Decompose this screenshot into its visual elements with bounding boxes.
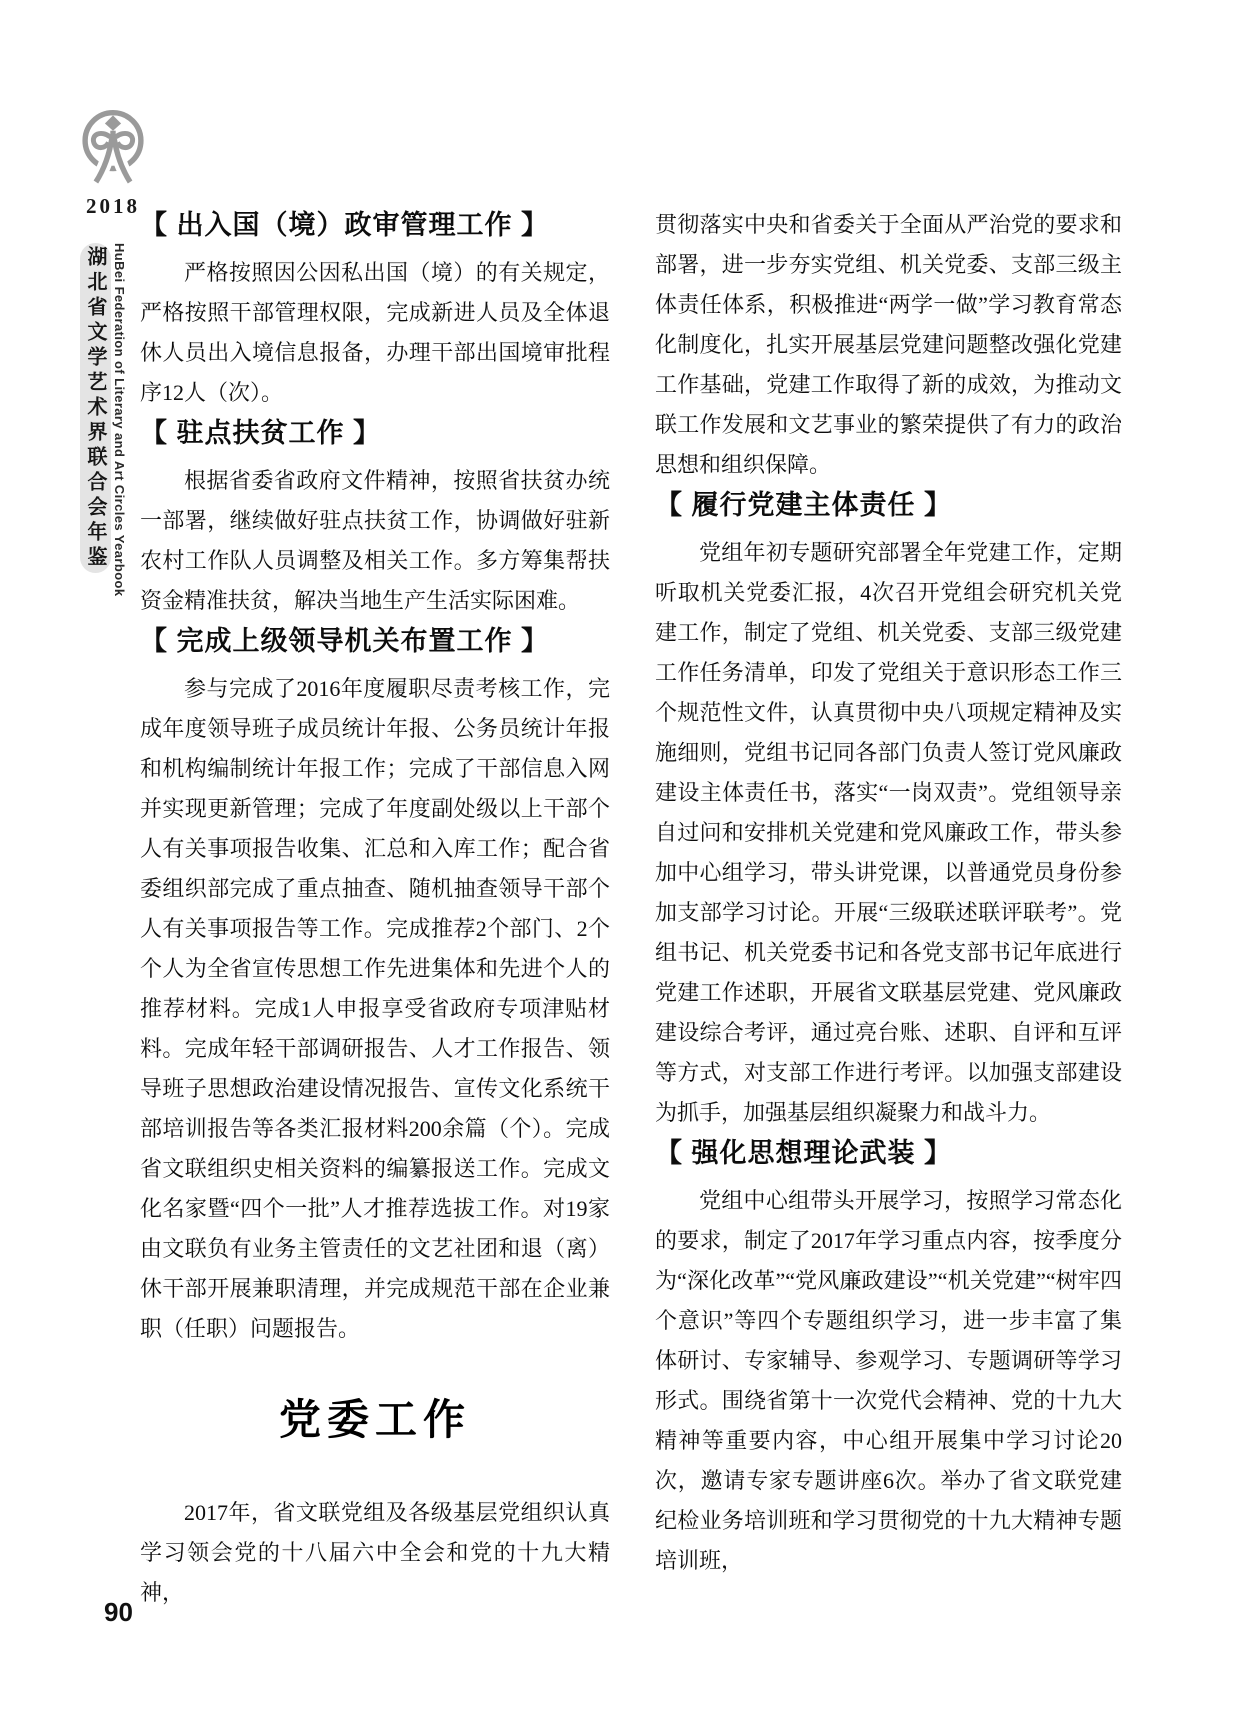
section-paragraph-ideology: 党组中心组带头开展学习，按照学习常态化的要求，制定了2017年学习重点内容，按季…: [655, 1181, 1122, 1581]
chapter-intro-paragraph: 2017年，省文联党组及各级基层党组织认真学习领会党的十八届六中全会和党的十九大…: [140, 1493, 610, 1613]
continuation-paragraph: 贯彻落实中央和省委关于全面从严治党的要求和部署，进一步夯实党组、机关党委、支部三…: [655, 205, 1122, 485]
page-number: 90: [104, 1597, 133, 1628]
year-label: 2018: [76, 194, 150, 219]
section-paragraph-exit-entry: 严格按照因公因私出国（境）的有关规定，严格按照干部管理权限，完成新进人员及全体退…: [140, 253, 610, 413]
section-heading-party-responsibility: 【 履行党建主体责任 】: [655, 485, 1122, 525]
section-heading-superior-tasks: 【 完成上级领导机关布置工作 】: [140, 621, 610, 661]
right-column: 贯彻落实中央和省委关于全面从严治党的要求和部署，进一步夯实党组、机关党委、支部三…: [655, 205, 1122, 1581]
brand-block: 2018: [76, 100, 150, 219]
sidebar-title-english: HuBei Federation of Literary and Art Cir…: [112, 243, 127, 603]
section-paragraph-superior-tasks: 参与完成了2016年度履职尽责考核工作，完成年度领导班子成员统计年报、公务员统计…: [140, 669, 610, 1349]
section-paragraph-party-responsibility: 党组年初专题研究部署全年党建工作，定期听取机关党委汇报，4次召开党组会研究机关党…: [655, 533, 1122, 1133]
sidebar-title-chinese: 湖北省文学艺术界联合会年鉴: [81, 246, 110, 571]
left-column: 【 出入国（境）政审管理工作 】 严格按照因公因私出国（境）的有关规定，严格按照…: [140, 205, 610, 1613]
yearbook-page: 2018 湖北省文学艺术界联合会年鉴 HuBei Federation of L…: [0, 0, 1258, 1719]
sidebar-title-strip: 湖北省文学艺术界联合会年鉴: [80, 243, 111, 573]
chapter-title: 党委工作: [140, 1395, 610, 1445]
section-heading-ideology: 【 强化思想理论武装 】: [655, 1133, 1122, 1173]
section-paragraph-poverty-relief: 根据省委省政府文件精神，按照省扶贫办统一部署，继续做好驻点扶贫工作，协调做好驻新…: [140, 461, 610, 621]
section-heading-poverty-relief: 【 驻点扶贫工作 】: [140, 413, 610, 453]
section-heading-exit-entry: 【 出入国（境）政审管理工作 】: [140, 205, 610, 245]
federation-logo-icon: [77, 100, 149, 192]
